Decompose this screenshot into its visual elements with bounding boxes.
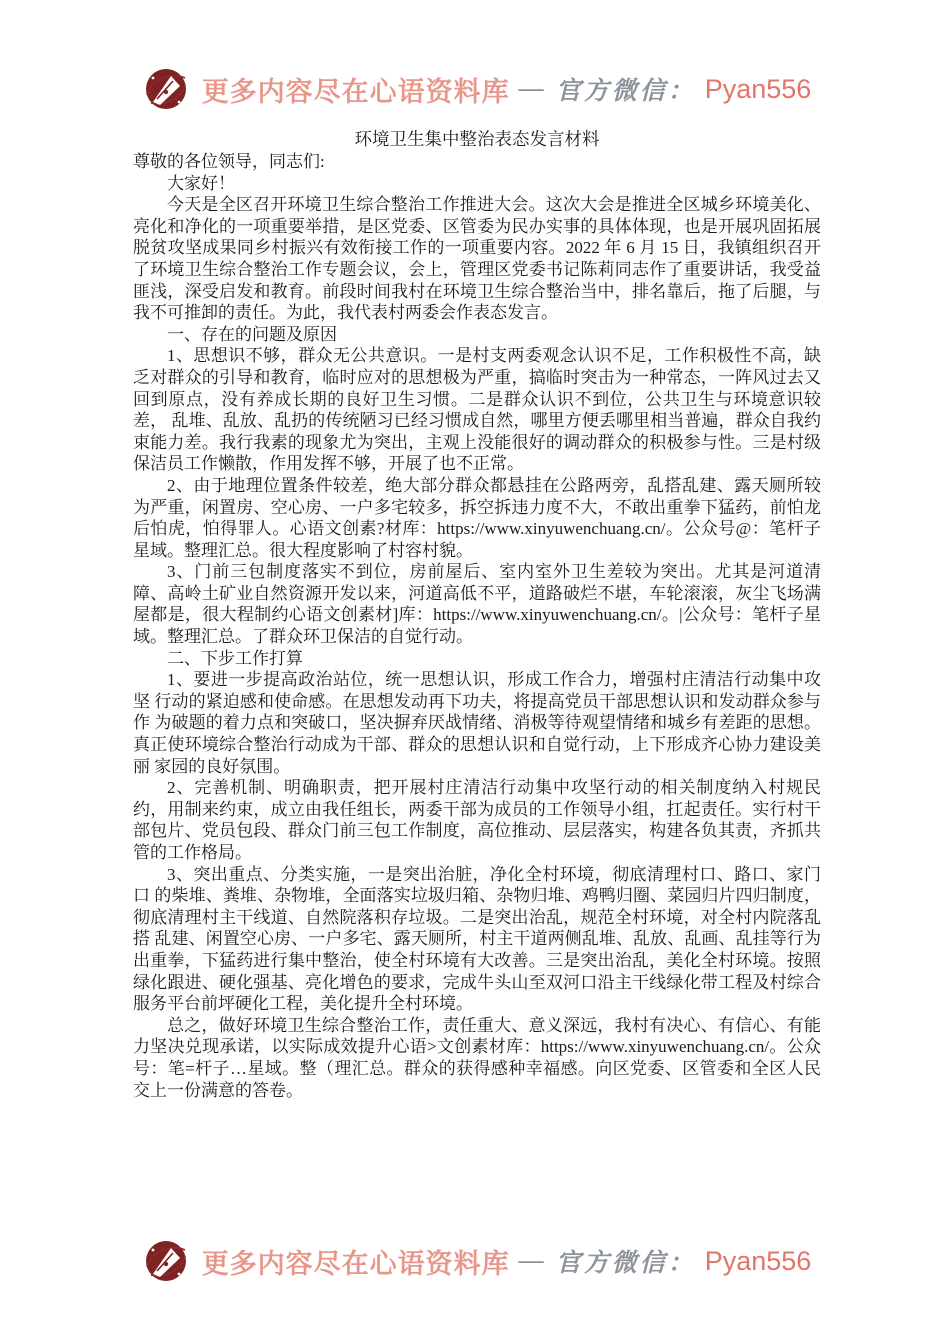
banner-separator: — — [519, 1247, 547, 1275]
salutation: 尊敬的各位领导，同志们: — [133, 151, 821, 173]
banner-wechat-id: Pyan556 — [705, 1246, 812, 1277]
banner-wechat-id: Pyan556 — [705, 74, 812, 105]
document-body: 环境卫生集中整治表态发言材料 尊敬的各位领导，同志们: 大家好！ 今天是全区召开… — [133, 128, 821, 1101]
paragraph: 3、突出重点、分类实施，一是突出治脏，净化全村环境，彻底清理村口、路口、家门口 … — [133, 864, 821, 1015]
paragraph: 总之，做好环境卫生综合整治工作，责任重大、意义深远，我村有决心、有信心、有能力坚… — [133, 1015, 821, 1101]
document-title: 环境卫生集中整治表态发言材料 — [133, 128, 821, 150]
footer-banner: 更多内容尽在心语资料库—官方微信：Pyan556 — [0, 1234, 950, 1288]
pen-nib-logo-icon — [139, 1234, 193, 1288]
paragraph: 1、要进一步提高政治站位，统一思想认识，形成工作合力，增强村庄清洁行动集中攻坚 … — [133, 669, 821, 777]
paragraph: 1、思想识不够，群众无公共意识。一是村支两委观念认识不足，工作积极性不高，缺乏对… — [133, 345, 821, 475]
banner-separator: — — [519, 75, 547, 103]
document-page: 更多内容尽在心语资料库—官方微信：Pyan556 环境卫生集中整治表态发言材料 … — [0, 0, 950, 1344]
paragraph: 2、由于地理位置条件较差，绝大部分群众都悬挂在公路两旁，乱搭乱建、露天厕所较为严… — [133, 475, 821, 561]
banner-wechat-label: 官方微信： — [556, 71, 696, 107]
pen-nib-logo-icon — [139, 62, 193, 116]
banner-wechat-label: 官方微信： — [556, 1243, 696, 1279]
section-heading: 一、存在的问题及原因 — [133, 324, 821, 346]
banner-brand-text: 更多内容尽在心语资料库 — [202, 1242, 510, 1281]
paragraph: 大家好！ — [133, 173, 821, 195]
header-banner: 更多内容尽在心语资料库—官方微信：Pyan556 — [0, 62, 950, 116]
paragraph: 3、门前三包制度落实不到位，房前屋后、室内室外卫生差较为突出。尤其是河道清障、高… — [133, 561, 821, 647]
section-heading: 二、下步工作打算 — [133, 648, 821, 670]
paragraph: 2、完善机制、明确职责，把开展村庄清洁行动集中攻坚行动的相关制度纳入村规民约，用… — [133, 777, 821, 863]
paragraph: 今天是全区召开环境卫生综合整治工作推进大会。这次大会是推进全区城乡环境美化、亮化… — [133, 194, 821, 324]
banner-brand-text: 更多内容尽在心语资料库 — [202, 70, 510, 109]
